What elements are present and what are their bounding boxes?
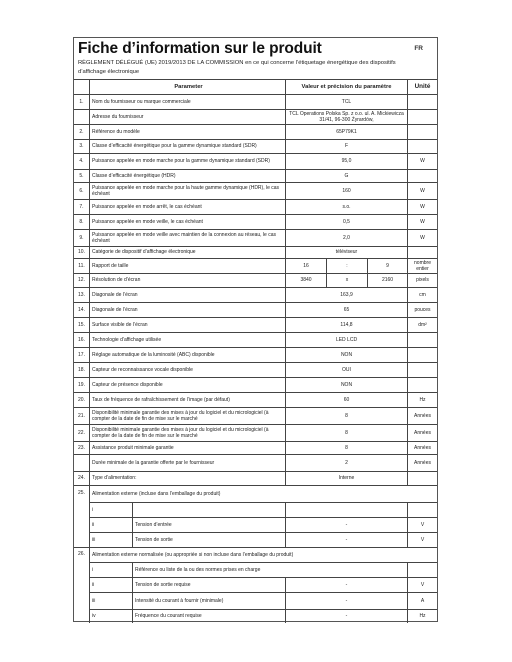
row-value: Interne [285,472,407,485]
table-row: 7.Puissance appelée en mode arrêt, le ca… [74,199,437,214]
row-unit: pouces [407,303,437,317]
row-parameter: Puissance appelée en mode veille, le cas… [89,215,285,229]
section26-item-row: iiiIntensité du courant à fournir (minim… [89,592,437,609]
row-unit: W [407,200,437,214]
row-value: 160 [285,183,407,199]
row-unit: cm [407,288,437,302]
row-value: 65P79K1 [285,125,407,139]
table-row: 22.Disponibilité minimale garantie des m… [74,424,437,441]
table-row: Durée minimale de la garantie offerte pa… [74,454,437,471]
row-value: 163,9 [285,288,407,302]
row-parameter: Disponibilité minimale garantie des mise… [89,425,285,441]
table-row: 19.Capteur de présence disponibleNON [74,377,437,392]
row-parameter: Disponibilité minimale garantie des mise… [89,408,285,424]
table-row: Adresse du fournisseurTCL Operations Pol… [74,109,437,124]
table-row: 24.Type d’alimentation:Interne [74,471,437,485]
row-number: 23. [74,442,89,454]
table-row: 2.Référence du modèle65P79K1 [74,124,437,139]
row-unit [407,110,437,124]
row-unit [407,363,437,377]
row-value-b: 9 [367,259,407,273]
row-value-separator: : [326,259,367,273]
section26-item-value: - [285,610,407,623]
row-unit [407,247,437,258]
row-value: 95,0 [285,154,407,169]
row-value: 114,8 [285,318,407,332]
section25-item-unit [407,503,437,517]
row-unit: Années [407,442,437,454]
row-number: 8. [74,215,89,229]
row-number: 4. [74,154,89,169]
section26-item-parameter: Tension de sortie requise [132,578,285,592]
row-unit: W [407,230,437,246]
section26-item-unit: A [407,593,437,609]
row-number: 3. [74,140,89,153]
table-row: 23.Assistance produit minimale garantie8… [74,441,437,454]
section25-item-parameter [132,503,285,517]
header-parameter: Parameter [89,80,285,94]
row-parameter: Puissance appelée en mode veille avec ma… [89,230,285,246]
table-row: 15.Surface visible de l’écran114,8dm² [74,317,437,332]
row-unit: W [407,183,437,199]
section26-item-parameter: Fréquence du courant requise [132,610,285,623]
header-num [74,80,89,94]
product-information-sheet: Fiche d’information sur le produit FR RÈ… [73,37,438,622]
table-row: 17.Réglage automatique de la luminosité … [74,347,437,362]
section26-item-label: i [89,563,132,577]
table-row: 13.Diagonale de l’écran163,9cm [74,287,437,302]
row-number: 22. [74,425,89,441]
row-parameter: Rapport de taille [89,259,285,273]
table-row: 14.Diagonale de l’écran65pouces [74,302,437,317]
section25-item-unit: V [407,533,437,547]
table-row: 12.Résolution de d’écran3840x2160pixels [74,273,437,287]
section25-item-label: i [89,503,132,517]
section26-item-row: iiTension de sortie requise-V [89,577,437,592]
section26-item-parameter: Référence ou liste de la ou des normes p… [132,563,407,577]
section26-item-unit: V [407,578,437,592]
document-title: Fiche d’information sur le produit [78,40,322,58]
row-number: 1. [74,95,89,109]
row-value-a: 16 [285,259,326,273]
regulation-subtitle: RÈGLEMENT DÉLÉGUÉ (UE) 2019/2013 DE LA C… [78,59,408,77]
row-value: 8 [285,408,407,424]
table-row: 11.Rapport de taille16:9nombre entier [74,258,437,273]
row-value: NON [285,378,407,392]
row-value: 2 [285,455,407,471]
row-parameter: Taux de fréquence de rafraîchissement de… [89,393,285,407]
row-number: 9. [74,230,89,246]
row-parameter: Capteur de présence disponible [89,378,285,392]
row-unit: Hz [407,393,437,407]
row-number: 24. [74,472,89,485]
row-parameter: Technologie d’affichage utilisée [89,333,285,347]
row-number: 12. [74,274,89,287]
table-row: 3.Classe d’efficacité énergétique pour l… [74,139,437,153]
section25-item-value: - [285,533,407,547]
section25-title-row: Alimentation externe (incluse dans l’emb… [74,485,437,502]
row-number: 6. [74,183,89,199]
row-unit [407,140,437,153]
section26-item-label: iv [89,610,132,623]
row-number: 13. [74,288,89,302]
section26-item-value: - [285,578,407,592]
row-parameter: Classe d’efficacité énergétique pour la … [89,140,285,153]
row-value: 60 [285,393,407,407]
section25-title: Alimentation externe (incluse dans l’emb… [89,486,437,502]
section25-item-row: i [89,502,437,517]
section25-item-label: iii [89,533,132,547]
row-unit: Années [407,425,437,441]
row-number: 15. [74,318,89,332]
row-value-a: 3840 [285,274,326,287]
row-unit: nombre entier [407,259,437,273]
row-value: 0,5 [285,215,407,229]
row-number: 19. [74,378,89,392]
row-value: 8 [285,442,407,454]
section26-item-value: - [285,593,407,609]
row-value: téléviseur [285,247,407,258]
row-unit: Années [407,455,437,471]
table-row: 6.Puissance appelée en mode marche pour … [74,182,437,199]
row-number: 10. [74,247,89,258]
section25-number: 25. [74,485,89,502]
row-parameter: Durée minimale de la garantie offerte pa… [89,455,285,471]
section25-item-row: iiiTension de sortie-V [89,532,437,547]
row-parameter: Référence du modèle [89,125,285,139]
row-parameter: Puissance appelée en mode arrêt, le cas … [89,200,285,214]
row-value: 8 [285,425,407,441]
row-value: TCL [285,95,407,109]
row-parameter: Capteur de reconnaissance vocale disponi… [89,363,285,377]
row-parameter: Puissance appelée en mode marche pour la… [89,183,285,199]
row-unit: W [407,154,437,169]
section25-item-value [285,503,407,517]
row-unit: W [407,215,437,229]
header-value: Valeur et précision du paramètre [285,80,407,94]
row-unit [407,472,437,485]
section25-item-parameter: Tension de sortie [132,533,285,547]
section25-item-row: iiTension d’entrée-V [89,517,437,532]
row-unit [407,348,437,362]
language-code: FR [414,45,423,52]
row-number: 16. [74,333,89,347]
row-parameter: Assistance produit minimale garantie [89,442,285,454]
table-row: 16.Technologie d’affichage utiliséeLED L… [74,332,437,347]
row-unit: Années [407,408,437,424]
row-unit [407,170,437,182]
row-value: LED LCD [285,333,407,347]
row-value: s.o. [285,200,407,214]
row-value: 65 [285,303,407,317]
row-parameter: Nom du fournisseur ou marque commerciale [89,95,285,109]
row-unit [407,125,437,139]
row-value: F [285,140,407,153]
section26-item-label: ii [89,578,132,592]
section25-item-label: ii [89,518,132,532]
row-number [74,455,89,471]
section26-title-row: Alimentation externe normalisée (ou appr… [74,547,437,562]
section26-item-unit [407,563,437,577]
row-number: 11. [74,259,89,273]
row-value-b: 2160 [367,274,407,287]
row-number: 7. [74,200,89,214]
row-value: 2,0 [285,230,407,246]
row-parameter: Surface visible de l’écran [89,318,285,332]
section25-item-parameter: Tension d’entrée [132,518,285,532]
table-row: 1.Nom du fournisseur ou marque commercia… [74,94,437,109]
table-row: 18.Capteur de reconnaissance vocale disp… [74,362,437,377]
section26-item-row: iRéférence ou liste de la ou des normes … [89,562,437,577]
row-value: NON [285,348,407,362]
row-number: 21. [74,408,89,424]
table-row: 4.Puissance appelée en mode marche pour … [74,153,437,169]
row-parameter: Diagonale de l’écran [89,288,285,302]
row-number [74,110,89,124]
row-parameter: Réglage automatique de la luminosité (AB… [89,348,285,362]
row-number: 17. [74,348,89,362]
row-unit [407,95,437,109]
table-row: 21.Disponibilité minimale garantie des m… [74,407,437,424]
row-parameter: Diagonale de l’écran [89,303,285,317]
table-row: 8.Puissance appelée en mode veille, le c… [74,214,437,229]
row-parameter: Catégorie de dispositif d’affichage élec… [89,247,285,258]
header-unit: Unité [407,80,437,94]
row-number: 2. [74,125,89,139]
row-unit: dm² [407,318,437,332]
row-parameter: Résolution de d’écran [89,274,285,287]
row-unit: pixels [407,274,437,287]
section26-item-unit: Hz [407,610,437,623]
row-value: TCL Operations Polska Sp. z o.o. ul. A. … [285,110,407,124]
section26-number: 26. [74,547,89,562]
row-value-separator: x [326,274,367,287]
section26-item-label: iii [89,593,132,609]
section25-item-value: - [285,518,407,532]
section26-item-row: ivFréquence du courant requise-Hz [89,609,437,623]
section26-item-parameter: Intensité du courant à fournir (minimale… [132,593,285,609]
row-parameter: Classe d’efficacité énergétique (HDR) [89,170,285,182]
row-number: 20. [74,393,89,407]
row-value: OUI [285,363,407,377]
table-row: 9.Puissance appelée en mode veille avec … [74,229,437,246]
table-row: 5.Classe d’efficacité énergétique (HDR)G [74,169,437,182]
section26-title: Alimentation externe normalisée (ou appr… [89,548,437,562]
row-number: 14. [74,303,89,317]
table-row: 10.Catégorie de dispositif d’affichage é… [74,246,437,258]
row-value: G [285,170,407,182]
row-number: 18. [74,363,89,377]
row-parameter: Type d’alimentation: [89,472,285,485]
section25-item-unit: V [407,518,437,532]
row-unit [407,378,437,392]
table-row: 20.Taux de fréquence de rafraîchissement… [74,392,437,407]
row-unit [407,333,437,347]
row-parameter: Puissance appelée en mode marche pour la… [89,154,285,169]
row-number: 5. [74,170,89,182]
table-header-row: ParameterValeur et précision du paramètr… [74,79,437,94]
row-parameter: Adresse du fournisseur [89,110,285,124]
